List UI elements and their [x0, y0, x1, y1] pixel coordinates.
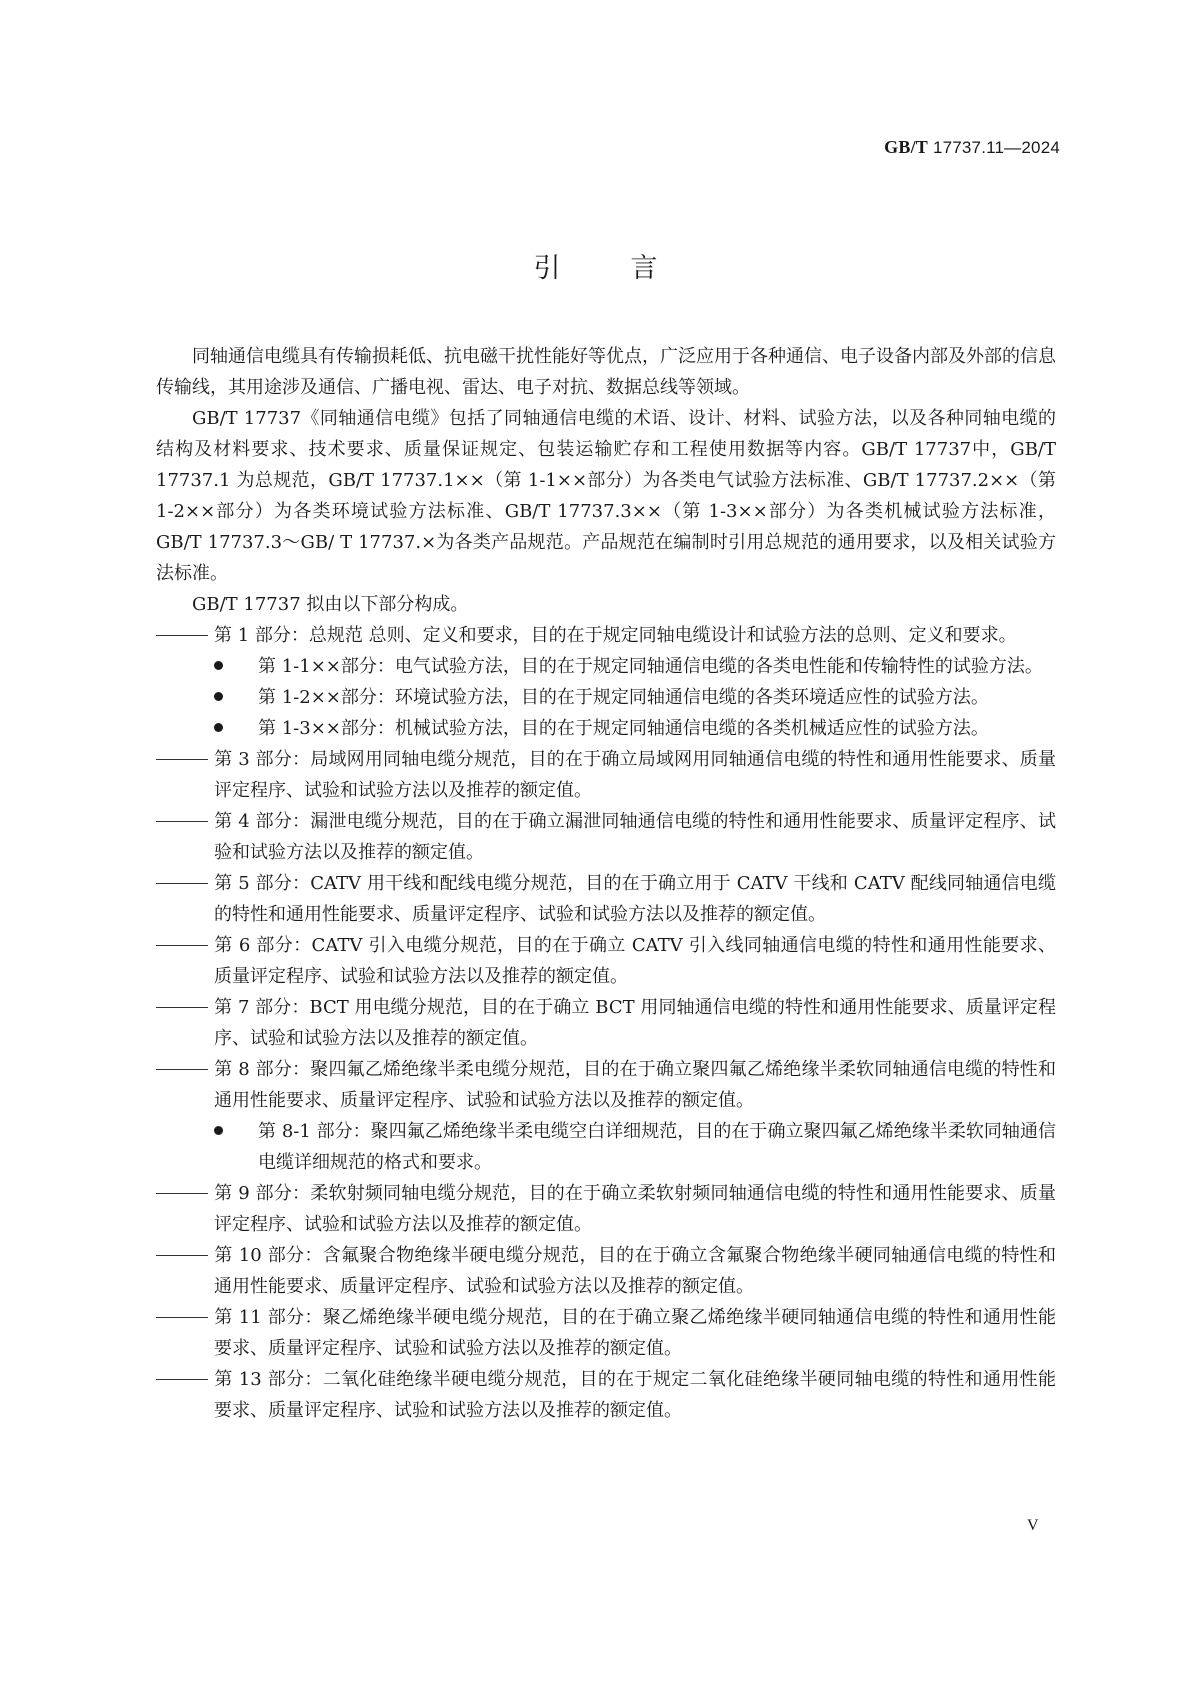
page-title: 引言 — [0, 246, 1191, 285]
em-dash-marker — [156, 1240, 214, 1271]
sub-part-item: 第 1-2××部分：环境试验方法，目的在于规定同轴通信电缆的各类环境适应性的试验… — [156, 682, 1056, 713]
sub-part-item: 第 1-3××部分：机械试验方法，目的在于规定同轴通信电缆的各类机械适应性的试验… — [156, 713, 1056, 744]
part-item: 第 7 部分：BCT 用电缆分规范，目的在于确立 BCT 用同轴通信电缆的特性和… — [156, 992, 1056, 1054]
em-dash-marker — [156, 992, 214, 1023]
em-dash-marker — [156, 620, 214, 651]
paragraph: GB/T 17737 拟由以下部分构成。 — [156, 589, 1056, 620]
bullet-icon — [214, 651, 258, 682]
page-number: V — [1027, 1517, 1039, 1535]
part-item: 第 10 部分：含氟聚合物绝缘半硬电缆分规范，目的在于确立含氟聚合物绝缘半硬同轴… — [156, 1240, 1056, 1302]
part-item: 第 9 部分：柔软射频同轴电缆分规范，目的在于确立柔软射频同轴通信电缆的特性和通… — [156, 1178, 1056, 1240]
bullet-icon — [214, 1116, 258, 1147]
em-dash-marker — [156, 806, 214, 837]
bullet-icon — [214, 713, 258, 744]
em-dash-marker — [156, 744, 214, 775]
sub-part-item: 第 8-1 部分：聚四氟乙烯绝缘半柔电缆空白详细规范，目的在于确立聚四氟乙烯绝缘… — [156, 1116, 1056, 1178]
part-item: 第 6 部分：CATV 引入电缆分规范，目的在于确立 CATV 引入线同轴通信电… — [156, 930, 1056, 992]
em-dash-marker — [156, 1364, 214, 1395]
part-item: 第 1 部分：总规范 总则、定义和要求，目的在于规定同轴电缆设计和试验方法的总则… — [156, 620, 1056, 651]
sub-part-item: 第 1-1××部分：电气试验方法，目的在于规定同轴通信电缆的各类电性能和传输特性… — [156, 651, 1056, 682]
part-item: 第 4 部分：漏泄电缆分规范，目的在于确立漏泄同轴通信电缆的特性和通用性能要求、… — [156, 806, 1056, 868]
paragraph: GB/T 17737《同轴通信电缆》包括了同轴通信电缆的术语、设计、材料、试验方… — [156, 403, 1056, 589]
part-item: 第 5 部分：CATV 用干线和配线电缆分规范，目的在于确立用于 CATV 干线… — [156, 868, 1056, 930]
em-dash-marker — [156, 930, 214, 961]
part-item: 第 11 部分：聚乙烯绝缘半硬电缆分规范，目的在于确立聚乙烯绝缘半硬同轴通信电缆… — [156, 1302, 1056, 1364]
em-dash-marker — [156, 1302, 214, 1333]
standard-code: GB/T 17737.11—2024 — [884, 137, 1060, 158]
bullet-icon — [214, 682, 258, 713]
standard-prefix: GB/T — [884, 137, 928, 157]
em-dash-marker — [156, 868, 214, 899]
part-item: 第 13 部分：二氧化硅绝缘半硬电缆分规范，目的在于规定二氧化硅绝缘半硬同轴电缆… — [156, 1364, 1056, 1426]
paragraph: 同轴通信电缆具有传输损耗低、抗电磁干扰性能好等优点，广泛应用于各种通信、电子设备… — [156, 341, 1056, 403]
em-dash-marker — [156, 1178, 214, 1209]
part-item: 第 3 部分：局域网用同轴电缆分规范，目的在于确立局域网用同轴通信电缆的特性和通… — [156, 744, 1056, 806]
part-item: 第 8 部分：聚四氟乙烯绝缘半柔电缆分规范，目的在于确立聚四氟乙烯绝缘半柔软同轴… — [156, 1054, 1056, 1116]
standard-number: 17737.11—2024 — [933, 138, 1060, 157]
em-dash-marker — [156, 1054, 214, 1085]
introduction-body: 同轴通信电缆具有传输损耗低、抗电磁干扰性能好等优点，广泛应用于各种通信、电子设备… — [156, 341, 1056, 1426]
